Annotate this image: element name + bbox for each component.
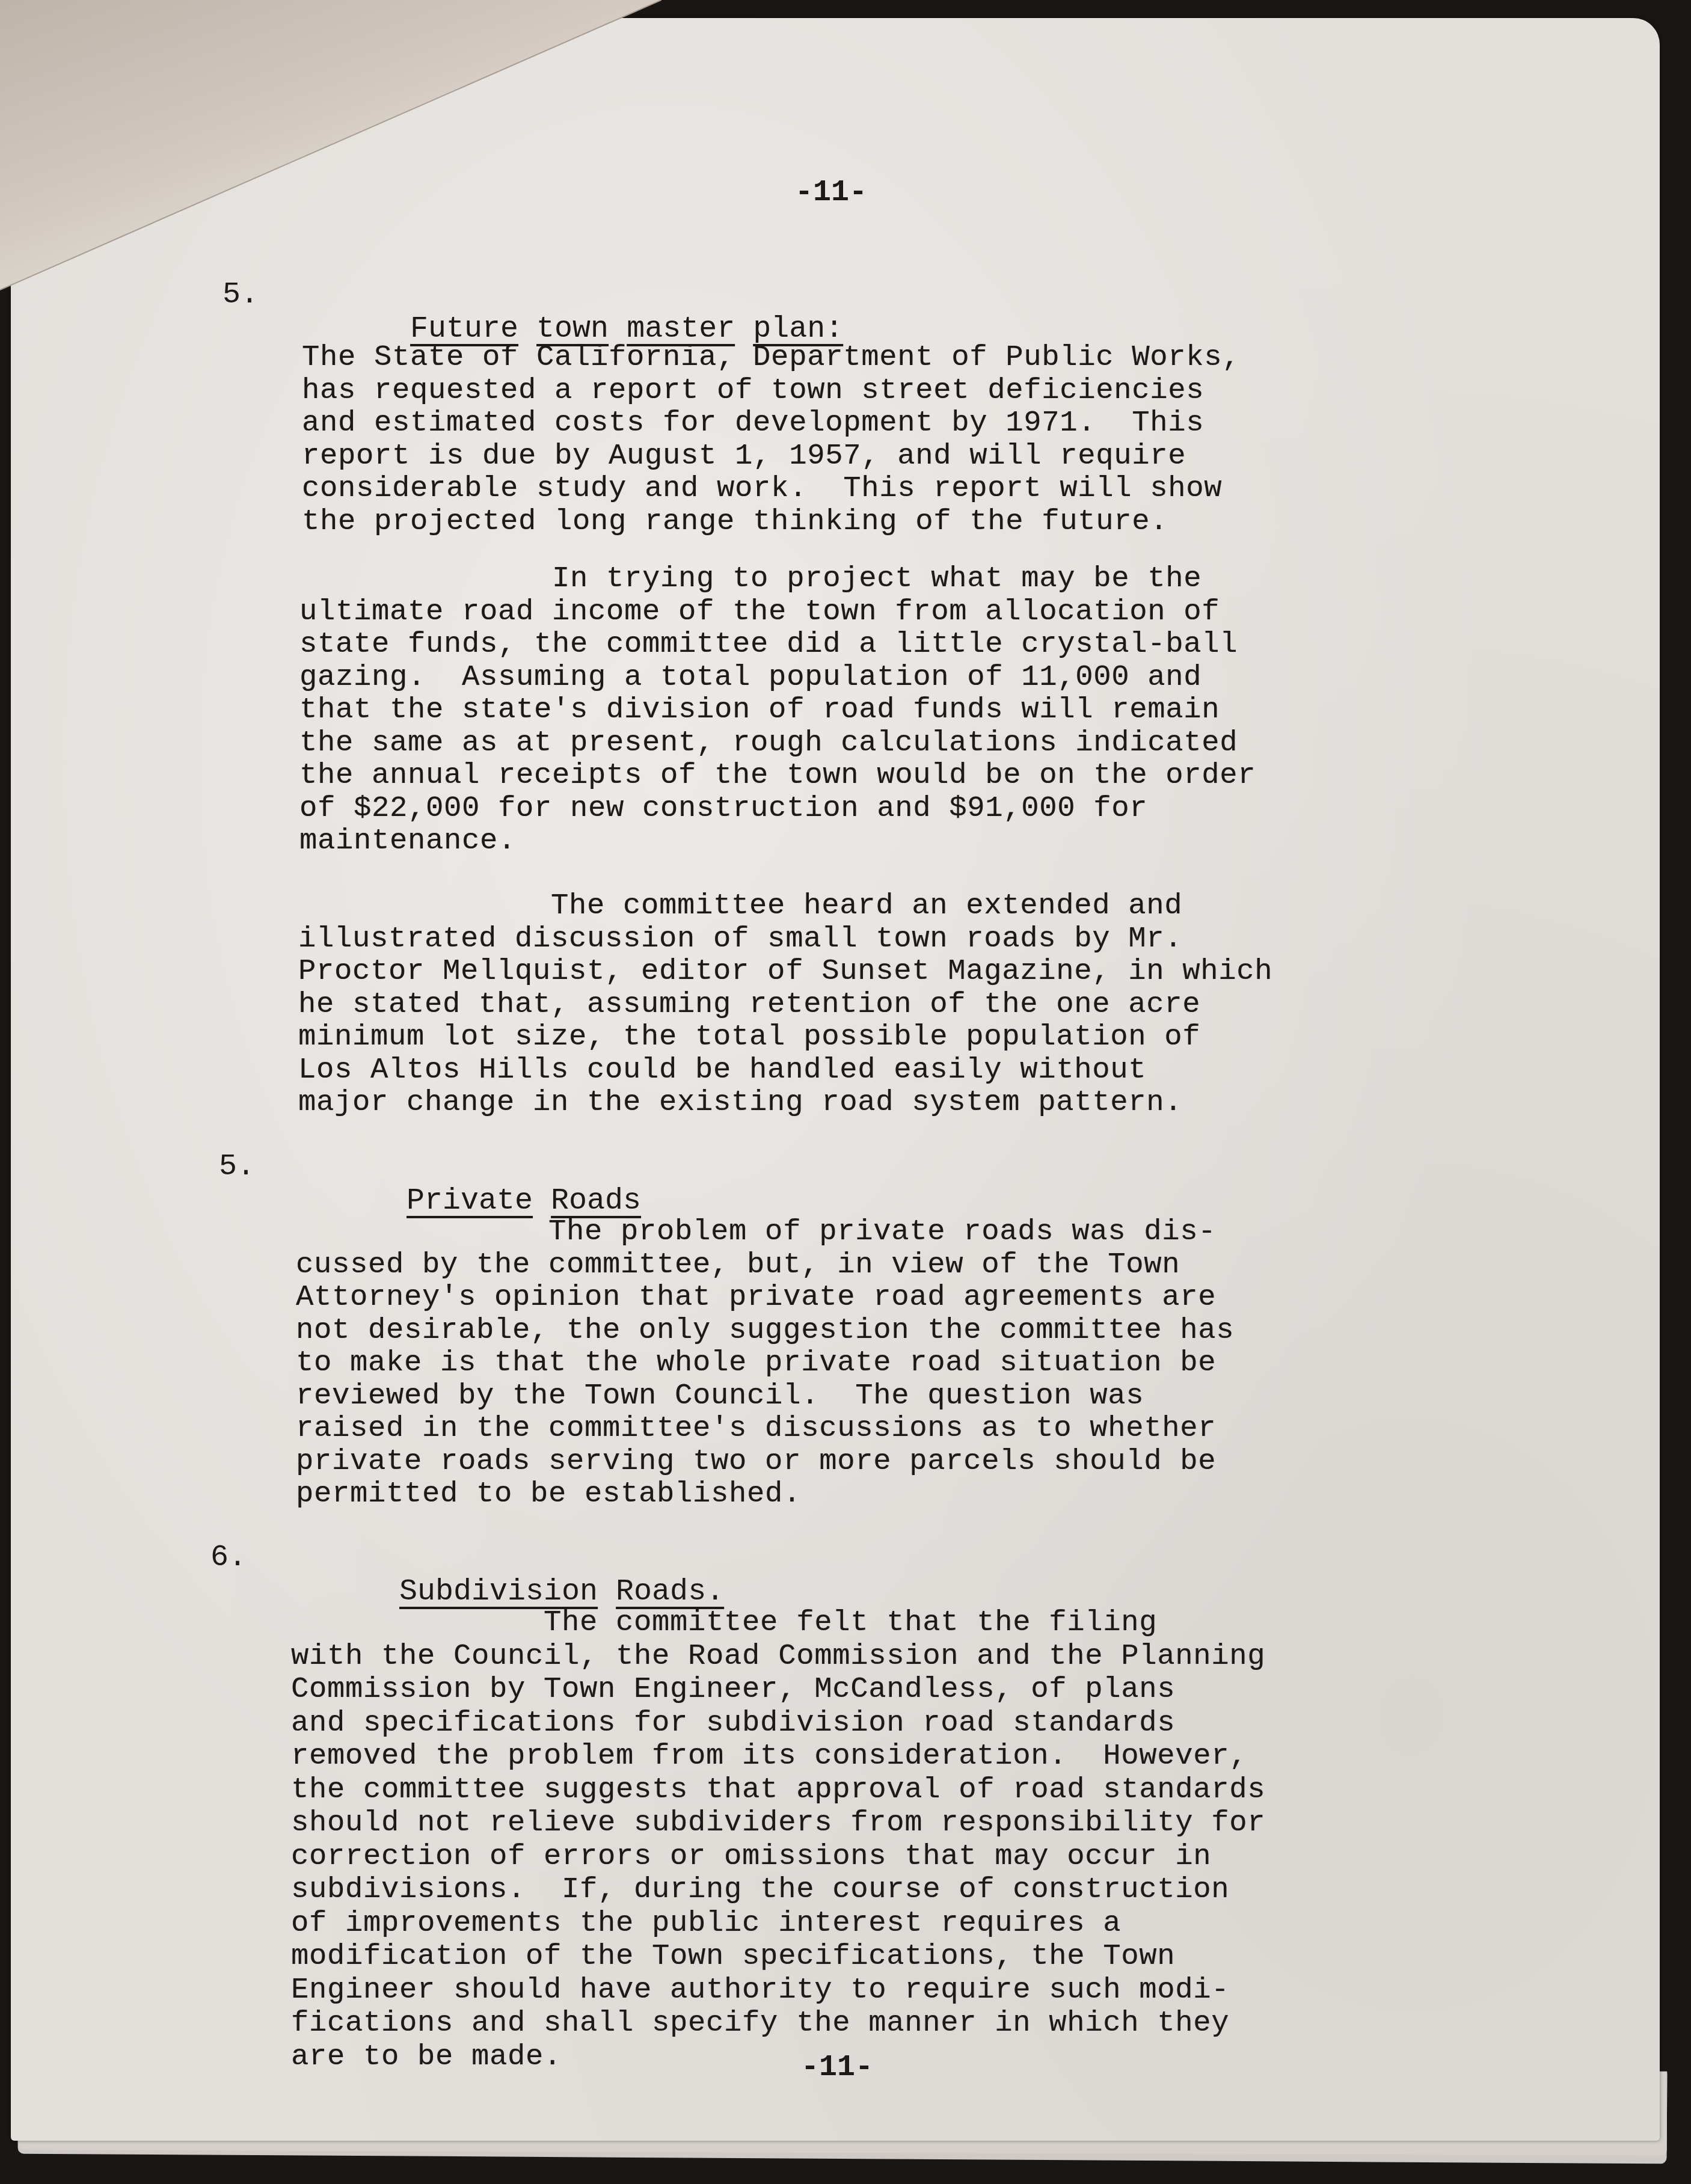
heading-word: Roads. — [616, 1575, 724, 1609]
section-number: 6. — [210, 1541, 247, 1575]
text-line: the same as at present, rough calculatio… — [299, 728, 1238, 758]
text-line: The problem of private roads was dis- — [296, 1217, 1216, 1247]
text-line: minimum lot size, the total possible pop… — [298, 1022, 1200, 1052]
text-line: report is due by August 1, 1957, and wil… — [302, 441, 1186, 471]
text-line: illustrated discussion of small town roa… — [298, 924, 1182, 954]
text-line: to make is that the whole private road s… — [296, 1348, 1216, 1378]
text-line: In trying to project what may be the — [299, 564, 1201, 594]
text-line: raised in the committee's discussions as… — [296, 1414, 1216, 1443]
text-line: Los Altos Hills could be handled easily … — [298, 1055, 1146, 1085]
text-line: and estimated costs for development by 1… — [302, 408, 1204, 438]
text-line: has requested a report of town street de… — [302, 376, 1204, 405]
text-line: major change in the existing road system… — [298, 1088, 1182, 1117]
text-line: Attorney's opinion that private road agr… — [296, 1283, 1216, 1312]
text-line: the annual receipts of the town would be… — [299, 761, 1256, 790]
text-line: gazing. Assuming a total population of 1… — [299, 663, 1201, 692]
page-number-top: -11- — [795, 176, 867, 210]
text-line: private roads serving two or more parcel… — [296, 1447, 1216, 1476]
text-line: reviewed by the Town Council. The questi… — [296, 1381, 1144, 1411]
text-line: subdivisions. If, during the course of c… — [291, 1875, 1229, 1904]
page-number-bottom: -11- — [801, 2051, 873, 2085]
text-line: with the Council, the Road Commission an… — [291, 1642, 1265, 1671]
text-line: the committee suggests that approval of … — [291, 1775, 1265, 1805]
text-line: Commission by Town Engineer, McCandless,… — [291, 1675, 1175, 1704]
photo-background: -11- 5. Future town master plan: The Sta… — [0, 0, 1691, 2184]
heading-word: Private — [407, 1184, 533, 1218]
text-line: ultimate road income of the town from al… — [299, 597, 1220, 627]
text-line: correction of errors or omissions that m… — [291, 1842, 1211, 1871]
section-number: 5. — [219, 1150, 255, 1184]
text-line: of improvements the public interest requ… — [291, 1909, 1121, 1938]
text-line: The State of California, Department of P… — [302, 343, 1240, 372]
text-line: state funds, the committee did a little … — [299, 630, 1238, 659]
document-body: -11- 5. Future town master plan: The Sta… — [0, 0, 1691, 2184]
text-line: Engineer should have authority to requir… — [291, 1975, 1229, 2005]
text-line: are to be made. — [291, 2042, 562, 2072]
text-line: removed the problem from its considerati… — [291, 1741, 1247, 1771]
text-line: not desirable, the only suggestion the c… — [296, 1316, 1234, 1345]
heading-word: Subdivision — [399, 1575, 598, 1609]
text-line: should not relieve subdividers from resp… — [291, 1808, 1265, 1838]
text-line: considerable study and work. This report… — [302, 474, 1222, 503]
text-line: the projected long range thinking of the… — [302, 507, 1168, 536]
section-number: 5. — [222, 278, 259, 312]
text-line: he stated that, assuming retention of th… — [298, 990, 1200, 1019]
text-line: of $22,000 for new construction and $91,… — [299, 794, 1147, 823]
text-line: modification of the Town specifications,… — [291, 1942, 1175, 1971]
heading-word: Roads — [551, 1184, 641, 1218]
text-line: Proctor Mellquist, editor of Sunset Maga… — [298, 957, 1272, 986]
text-line: The committee heard an extended and — [298, 891, 1182, 921]
text-line: fications and shall specify the manner i… — [291, 2008, 1229, 2038]
text-line: maintenance. — [299, 826, 516, 856]
text-line: that the state's division of road funds … — [299, 695, 1220, 725]
text-line: The committee felt that the filing — [291, 1608, 1157, 1637]
text-line: cussed by the committee, but, in view of… — [296, 1250, 1180, 1280]
text-line: permitted to be established. — [296, 1479, 801, 1509]
text-line: and specifications for subdivision road … — [291, 1708, 1175, 1738]
